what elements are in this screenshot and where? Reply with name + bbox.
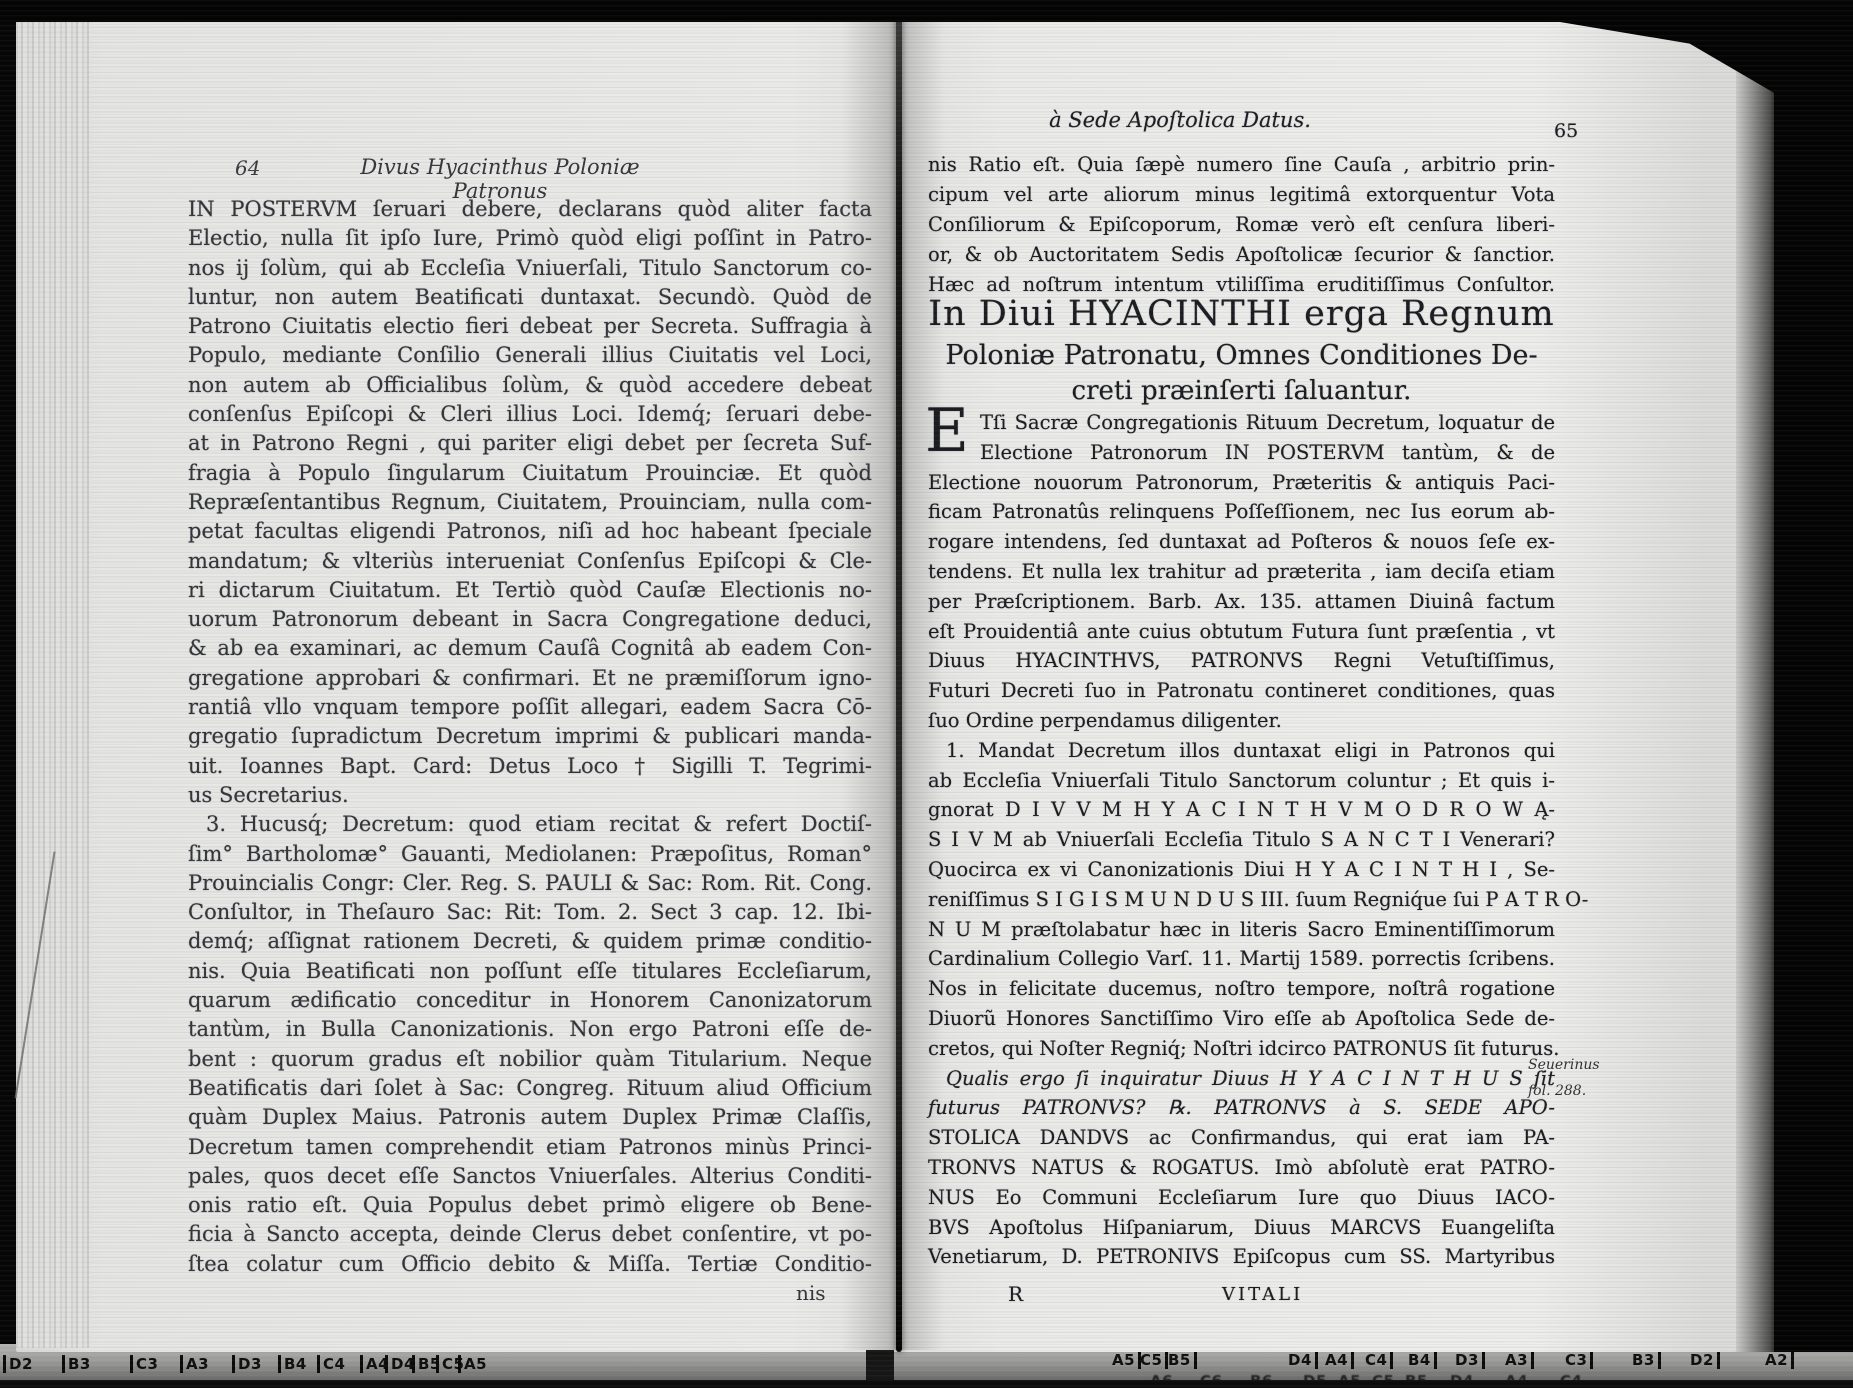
text-line: Populo, mediante Conſilio Generali illiu… [188, 341, 872, 370]
text-line: ab Eccleſia Vniuerſali Titulo Sanctorum … [928, 766, 1555, 796]
text-line: quarum ædificatio conceditur in Honorem … [188, 986, 872, 1015]
text-line: Diuorũ Honores Sanctiſſimo Viro eſſe ab … [928, 1004, 1555, 1034]
text-line: at in Patrono Regni , qui pariter eligi … [188, 429, 872, 458]
text-line: Conſultor, in Theſauro Sac: Rit: Tom. 2.… [188, 898, 872, 927]
text-line: Decretum tamen comprehendit etiam Patron… [188, 1133, 872, 1162]
right-catchword: VITALI [1222, 1284, 1303, 1305]
text-line: BVS Apoſtolus Hiſpaniarum, Diuus MARCVS … [928, 1213, 1555, 1243]
text-line: us Secretarius. [188, 781, 872, 810]
gutter-bottom-notch [866, 1350, 894, 1380]
text-line: S I V M ab Vniuerſali Eccleſia Titulo S … [928, 825, 1555, 855]
signature-mark: R [1008, 1282, 1023, 1306]
text-line: Quocirca ex vi Canonizationis Diui H Y A… [928, 855, 1555, 885]
left-catchword: nis [796, 1281, 826, 1305]
film-label: A3 [1505, 1351, 1534, 1369]
film-label: B4 [1408, 1351, 1437, 1369]
film-label: B4 [278, 1355, 307, 1373]
film-label: D2 [3, 1355, 33, 1373]
text-line: Qualis ergo ſi inquiratur Diuus H Y A C … [928, 1064, 1555, 1094]
text-line: Repræſentantibus Regnum, Ciuitatem, Prou… [188, 488, 872, 517]
film-label: C3 [130, 1355, 158, 1373]
film-label: D4 [385, 1355, 415, 1373]
film-label: A2 [1765, 1351, 1794, 1369]
text-line: ficam Patronatûs relinquens Poſſeſſionem… [928, 497, 1555, 527]
text-line: Futuri Decreti ſuo in Patronatu continer… [928, 676, 1555, 706]
text-line: bent : quorum gradus eſt nobilior quàm T… [188, 1045, 872, 1074]
text-line: IN POSTERVM ſeruari debere, declarans qu… [188, 195, 872, 224]
text-line: Electione Patronorum IN POSTERVM tantùm,… [928, 438, 1555, 468]
heading-line: In Diui HYACINTHI erga Regnum [928, 294, 1555, 334]
book-scan-page: D2B3C3A3D3B4C4A4D4B5C5A5 A5C5B5D4A4C4B4D… [0, 0, 1853, 1388]
film-label: B3 [1632, 1351, 1661, 1369]
heading-line: creti præinſerti ſaluantur. [928, 376, 1555, 406]
text-line: rantiâ vllo vnquam tempore poſſit allega… [188, 693, 872, 722]
text-line: demq́; aſſignat rationem Decreti, & quid… [188, 927, 872, 956]
text-line: gregatione approbari & confirmari. Et ne… [188, 664, 872, 693]
text-line: STOLICA DANDVS ac Confirmandus, qui erat… [928, 1123, 1555, 1153]
film-label: C3 [1565, 1351, 1593, 1369]
film-label: D4 [1288, 1351, 1318, 1369]
text-line: eſt Prouidentiâ ante cuius obtutum Futur… [928, 617, 1555, 647]
film-label: A4 [1325, 1351, 1354, 1369]
text-line: Diuus HYACINTHVS, PATRONVS Regni Vetuſti… [928, 646, 1555, 676]
text-line: cretos, qui Noſter Regniq́; Noſtri idcir… [928, 1034, 1555, 1064]
scanner-background-bottom [0, 1380, 1853, 1388]
text-line: petat facultas eligendi Patronos, niſi a… [188, 517, 872, 546]
text-line: ri dictarum Ciuitatum. Et Tertiò quòd Ca… [188, 576, 872, 605]
text-line: or, & ob Auctoritatem Sedis Apoſtolicæ ſ… [928, 240, 1555, 270]
text-line: conſenſus Epiſcopi & Cleri illius Loci. … [188, 400, 872, 429]
film-label: B5 [1168, 1351, 1197, 1369]
right-page-number: 65 [1554, 120, 1578, 142]
text-line: gregatio ſupradictum Decretum imprimi & … [188, 722, 872, 751]
text-line: N U M præſtolabatur hæc in literis Sacro… [928, 915, 1555, 945]
text-line: nis. Quia Beatificati non poſſunt eſſe t… [188, 957, 872, 986]
text-line: Electio, nulla ſit ipſo Iure, Primò quòd… [188, 224, 872, 253]
margin-note-line: fol. 288. [1528, 1078, 1638, 1104]
text-line: Tſi Sacræ Congregationis Rituum Decretum… [928, 408, 1555, 438]
text-line: non autem ab Officialibus ſolùm, & quòd … [188, 371, 872, 400]
text-line: rogare intendens, ſed duntaxat ad Poſter… [928, 527, 1555, 557]
text-line: Electione nouorum Patronorum, Præteritis… [928, 468, 1555, 498]
text-line: ficia à Sancto accepta, deinde Clerus de… [188, 1220, 872, 1249]
film-label: D3 [1455, 1351, 1485, 1369]
page-edge-shadow [1736, 12, 1778, 1352]
film-label: A3 [180, 1355, 209, 1373]
left-page-text: IN POSTERVM ſeruari debere, declarans qu… [188, 195, 872, 1279]
text-line: futurus PATRONVS? ℞. PATRONVS à S. SEDE … [928, 1093, 1555, 1123]
right-page-text: Tſi Sacræ Congregationis Rituum Decretum… [928, 408, 1555, 1272]
text-line: Cardinalium Collegio Varſ. 11. Martij 15… [928, 944, 1555, 974]
text-line: 1. Mandat Decretum illos duntaxat eligi … [928, 736, 1555, 766]
left-page-number: 64 [235, 156, 260, 180]
scanner-background-right [1774, 0, 1853, 1352]
heading-line: Poloniæ Patronatu, Omnes Conditiones De- [928, 340, 1555, 371]
text-line: luntur, non autem Beatificati duntaxat. … [188, 283, 872, 312]
margin-note-line: Seuerinus [1528, 1052, 1638, 1078]
text-line: NUS Eo Communi Eccleſiarum Iure quo Diuu… [928, 1183, 1555, 1213]
page-edges-texture [16, 22, 92, 1348]
text-line: quàm Duplex Maius. Patronis autem Duplex… [188, 1103, 872, 1132]
section-heading: In Diui HYACINTHI erga RegnumPoloniæ Pat… [928, 294, 1555, 406]
text-line: gnorat D I V V M H Y A C I N T H V M O D… [928, 795, 1555, 825]
film-label: A5 [1112, 1351, 1141, 1369]
right-running-head: à Sede Apoſtolica Datus. [1030, 108, 1330, 132]
text-line: fragia à Populo ſingularum Ciuitatum Pro… [188, 459, 872, 488]
text-line: ſim° Bartholomæ° Gauanti, Mediolanen: Pr… [188, 840, 872, 869]
film-label: C5 [1140, 1351, 1168, 1369]
text-line: Venetiarum, D. PETRONIVS Epiſcopus cum S… [928, 1242, 1555, 1272]
film-label: D3 [232, 1355, 262, 1373]
text-line: Beatificatis dari ſolet à Sac: Congreg. … [188, 1074, 872, 1103]
text-line: tantùm, in Bulla Canonizationis. Non erg… [188, 1015, 872, 1044]
right-page-intro-text: nis Ratio eſt. Quia ſæpè numero ſine Cau… [928, 150, 1555, 300]
film-label: D2 [1690, 1351, 1720, 1369]
text-line: nis Ratio eſt. Quia ſæpè numero ſine Cau… [928, 150, 1555, 180]
text-line: cipum vel arte aliorum minus legitimâ ex… [928, 180, 1555, 210]
text-line: Prouincialis Congr: Cler. Reg. S. PAULI … [188, 869, 872, 898]
film-label: C4 [317, 1355, 345, 1373]
film-label: A5 [458, 1355, 487, 1373]
text-line: tendens. Et nulla lex trahitur ad præter… [928, 557, 1555, 587]
text-line: onis ratio eſt. Quia Populus debet primò… [188, 1191, 872, 1220]
text-line: pales, quos decet eſſe Sanctos Vniuerſal… [188, 1162, 872, 1191]
film-label: B3 [62, 1355, 91, 1373]
text-line: Nos in felicitate ducemus, noſtro tempor… [928, 974, 1555, 1004]
margin-note: Seuerinus fol. 288. [1528, 1052, 1638, 1104]
text-line: 3. Hucusq́; Decretum: quod etiam recitat… [188, 810, 872, 839]
text-line: & ab ea examinari, ac demum Cauſâ Cognit… [188, 634, 872, 663]
text-line: ſtea colatur cum Officio debito & Miſſa.… [188, 1250, 872, 1279]
text-line: mandatum; & vlteriùs interueniat Conſenſ… [188, 547, 872, 576]
scanner-background-top [0, 0, 1853, 22]
film-label: C4 [1365, 1351, 1393, 1369]
text-line: reniſſimus S I G I S M U N D U S III. ſu… [928, 885, 1555, 915]
text-line: ſuo Ordine perpendamus diligenter. [928, 706, 1555, 736]
text-line: Patrono Ciuitatis electio fieri debeat p… [188, 312, 872, 341]
text-line: uorum Patronorum debeant in Sacra Congre… [188, 605, 872, 634]
text-line: uit. Ioannes Bapt. Card: Detus Loco † Si… [188, 752, 872, 781]
text-line: TRONVS NATUS & ROGATUS. Imò abſolutè era… [928, 1153, 1555, 1183]
text-line: Conſiliorum & Epiſcoporum, Romæ verò eſt… [928, 210, 1555, 240]
text-line: per Præſcriptionem. Barb. Ax. 135. attam… [928, 587, 1555, 617]
text-line: nos ij ſolùm, qui ab Eccleſia Vniuerſali… [188, 254, 872, 283]
